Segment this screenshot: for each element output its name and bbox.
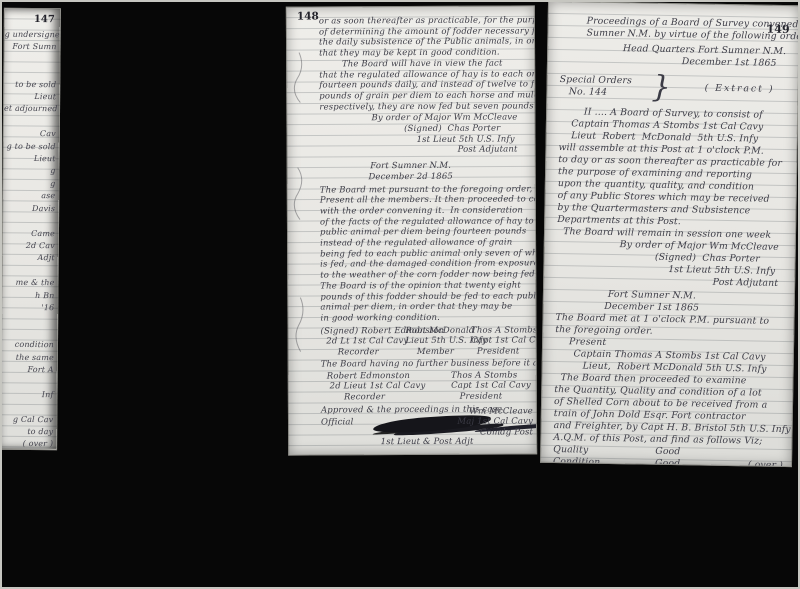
margin-squiggle-marks — [289, 48, 311, 408]
paragraph-continuation: or as soon thereafter as practicable, fo… — [319, 15, 532, 112]
signature-rank: Capt 1st Cal Cavy — [471, 336, 533, 347]
over-note: ( over ) — [748, 459, 783, 467]
curly-brace: } — [651, 71, 671, 105]
order-paragraph: II .... A Board of Survey, to consist of… — [557, 106, 791, 242]
page-149: 149 Proceedings of a Board of Survey con… — [540, 1, 800, 467]
dateline: Fort Sumner N.M. December 1st 1865 — [556, 288, 748, 315]
page-number-147: 147 — [34, 14, 55, 25]
finding-value: Good — [655, 446, 680, 458]
signature-role: President — [471, 346, 533, 357]
order-signature-block: By order of Major Wm McCleave (Signed) C… — [319, 113, 531, 157]
recorder-signature: Robert Edmonston 2d Lieut 1st Cal Cavy R… — [327, 370, 426, 403]
signature-rank: 2d Lt 1st Cal Cavy — [321, 336, 406, 347]
finding-label: Condition — [553, 456, 655, 467]
commander-signature: Wm McCleave Maj 1st Cal Cavy Comdg Post — [457, 406, 533, 439]
signature-role: Member — [405, 347, 471, 358]
page-149-content: Proceedings of a Board of Survey convene… — [553, 15, 793, 467]
page-147: 147 g undersigned Fort Sumn to be sold L… — [0, 8, 61, 450]
page-number-148: 148 — [297, 10, 319, 22]
page-148-content: or as soon thereafter as practicable, fo… — [319, 15, 533, 447]
adjournment-line: The Board having no further business bef… — [321, 358, 533, 370]
board-signatures: (Signed) Robert Edmonston Robt McDonald … — [320, 325, 532, 358]
signature: Robt McDonald — [405, 325, 471, 336]
signature-rank: Lieut 5th U.S. Infy — [405, 336, 471, 347]
headquarters-dateline: Head Quarters Fort Sumner N.M. December … — [560, 42, 792, 70]
special-orders-block: Special Orders No. 144 } ( Extract ) — [559, 68, 792, 108]
signature-role: Recorder — [321, 347, 406, 358]
examination-paragraph: The Board then proceeded to examine the … — [553, 372, 786, 448]
page-148: 148 or as soon thereafter as practicable… — [286, 5, 537, 455]
microfilm-scan: 147 g undersigned Fort Sumn to be sold L… — [0, 0, 800, 589]
president-signature: Thos A Stombs Capt 1st Cal Cavy Presiden… — [451, 370, 531, 403]
proceedings-title: Proceedings of a Board of Survey convene… — [560, 15, 792, 43]
signature: (Signed) Robert Edmonston — [320, 326, 405, 337]
finding-value: Good — [655, 458, 680, 467]
dateline: Fort Sumner N.M. December 2d 1865 — [320, 161, 502, 183]
order-signature-block: By order of Major Wm McCleave (Signed) C… — [556, 238, 789, 290]
extract-label: ( Extract ) — [705, 83, 775, 96]
approval-section: Approved & the proceedings in this case … — [321, 404, 533, 439]
official-label: Official — [321, 417, 354, 428]
signature: Thos A Stombs — [471, 325, 533, 336]
special-orders-label: Special Orders No. 144 — [559, 74, 651, 100]
board-proceedings-paragraph: The Board met pursuant to the foregoing … — [320, 184, 533, 324]
page-147-line-fragments: g undersigned Fort Sumn to be sold Lieut… — [1, 9, 60, 450]
